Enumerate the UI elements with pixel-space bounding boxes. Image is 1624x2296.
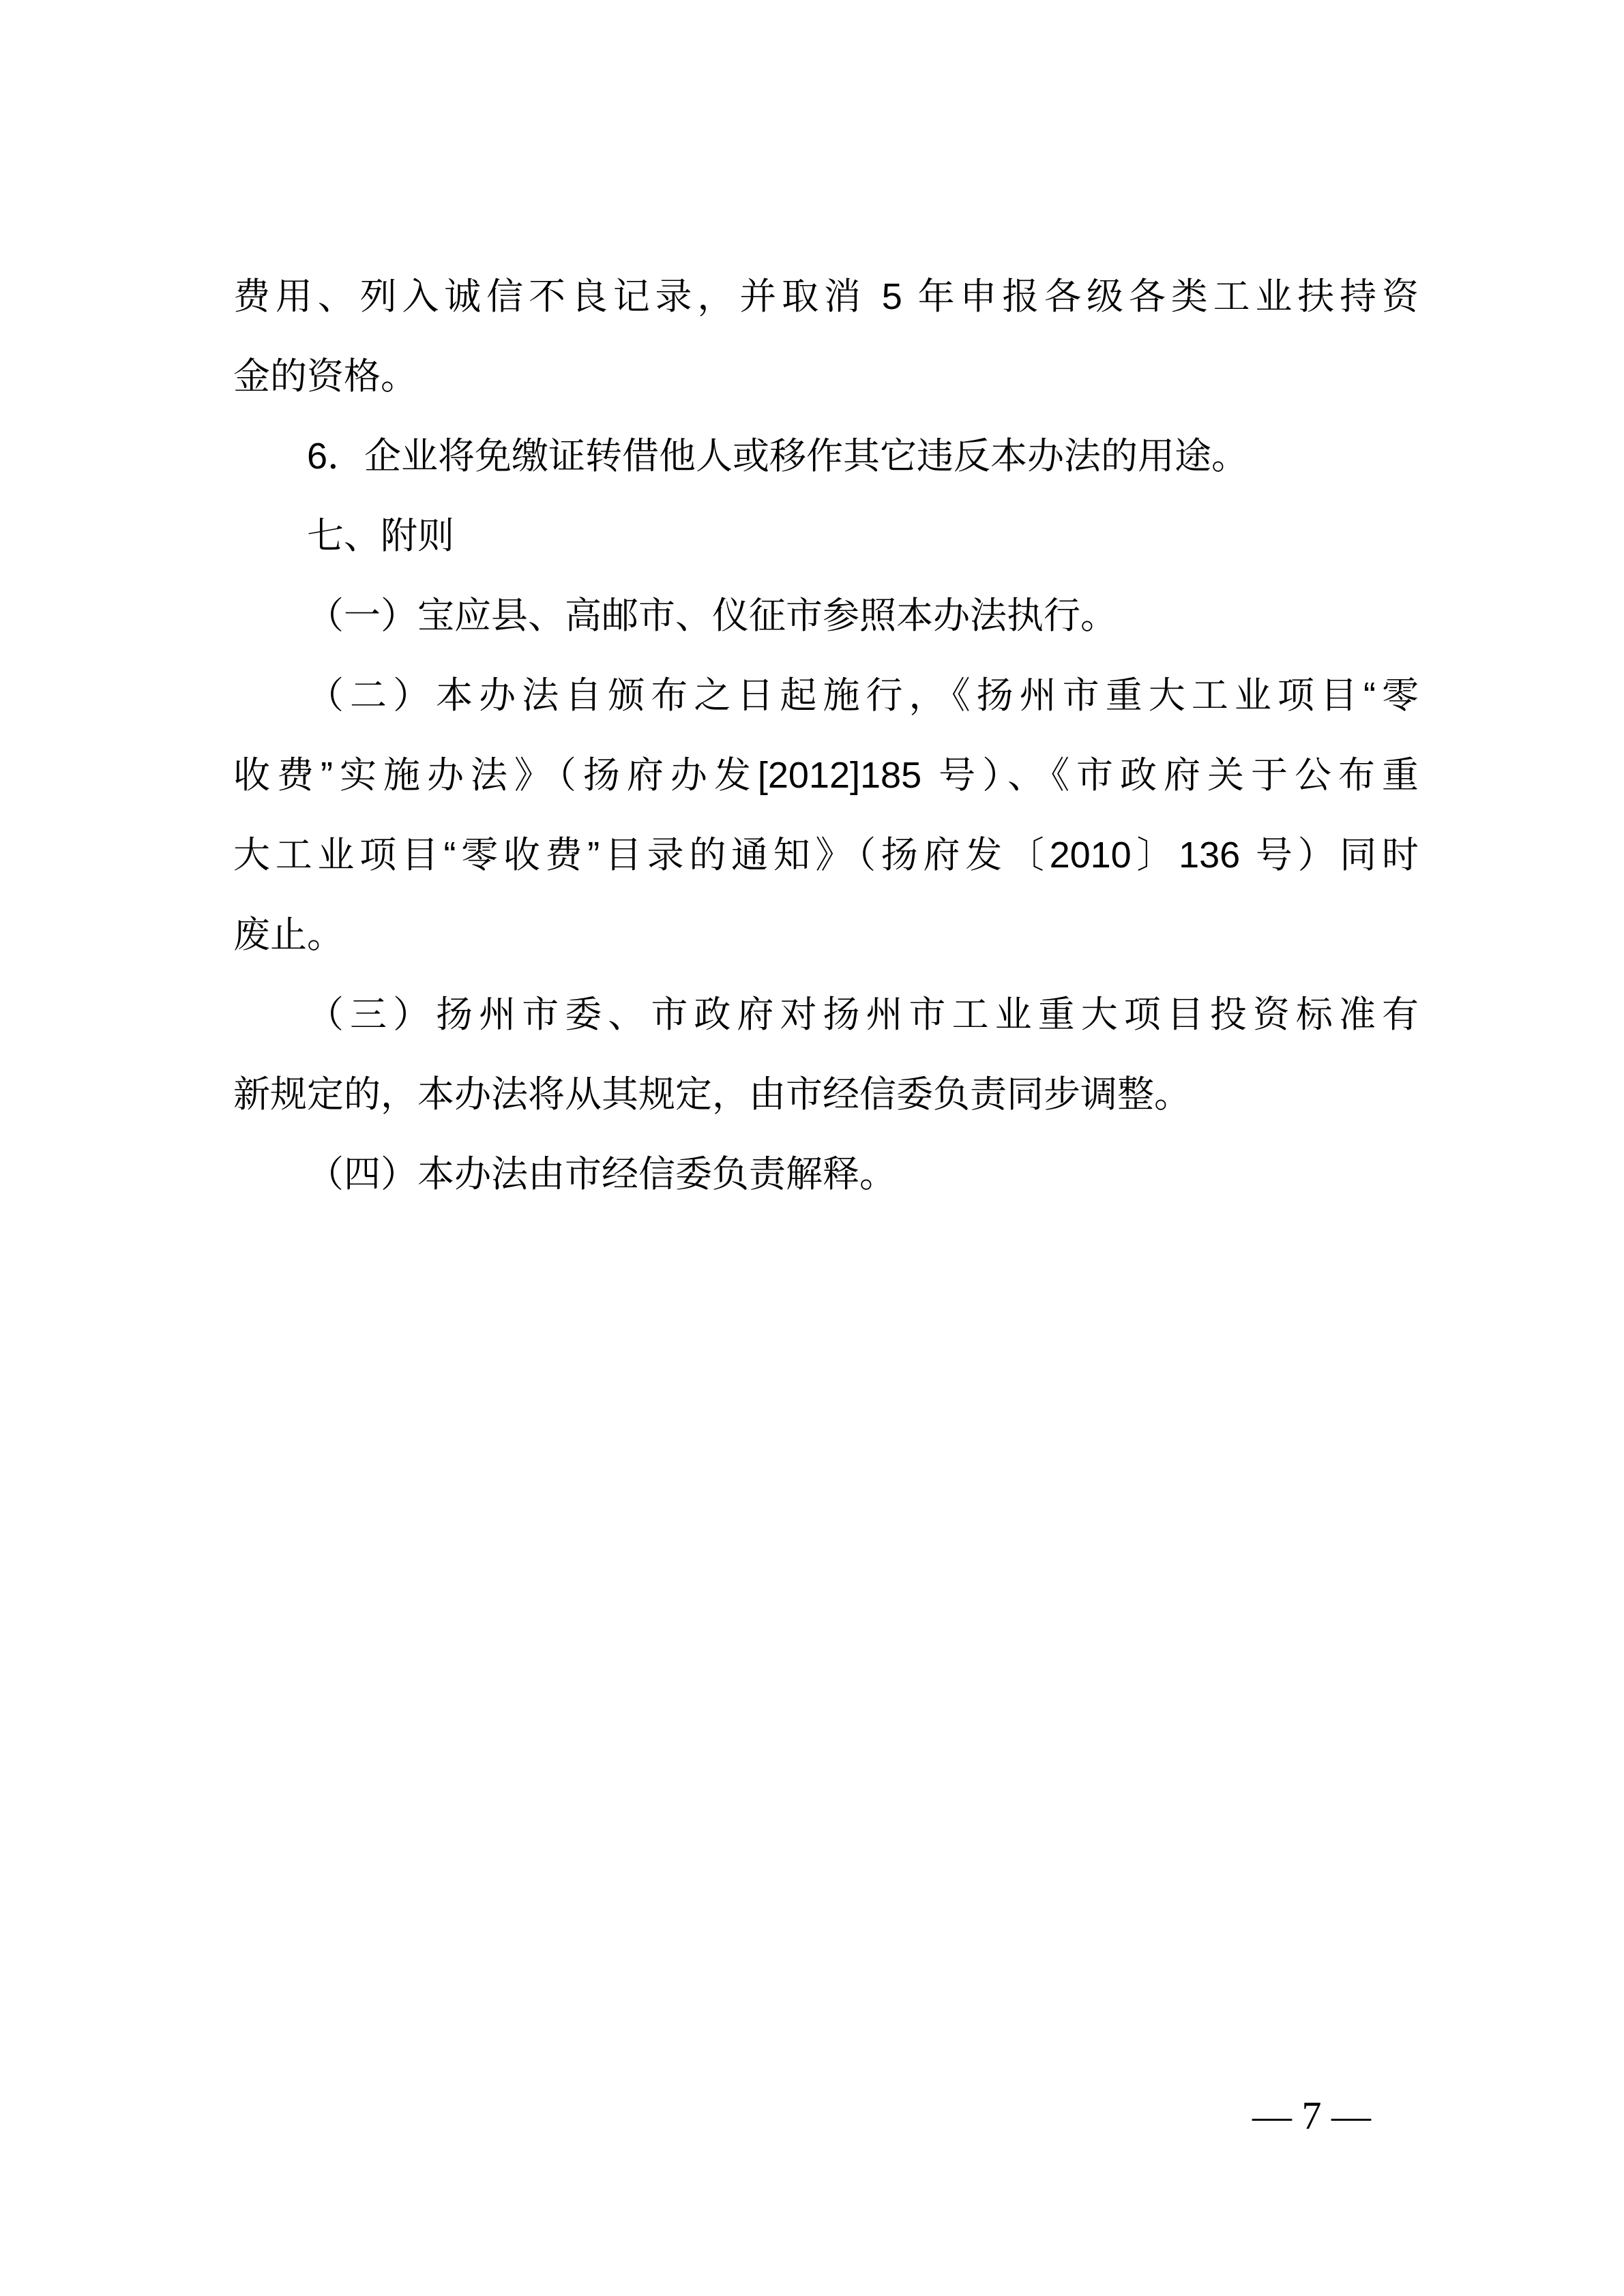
- page-number: — 7 —: [1252, 2095, 1371, 2137]
- text-line: 金的资格。: [233, 337, 1419, 417]
- text-line-numbered-item: 6．企业将免缴证转借他人或移作其它违反本办法的用途。: [233, 417, 1419, 496]
- text-line: 新规定的，本办法将从其规定，由市经信委负责同步调整。: [233, 1055, 1419, 1135]
- document-page: 费用、列入诚信不良记录，并取消 5 年申报各级各类工业扶持资 金的资格。 6．企…: [0, 0, 1624, 2296]
- document-body: 费用、列入诚信不良记录，并取消 5 年申报各级各类工业扶持资 金的资格。 6．企…: [233, 257, 1419, 1214]
- text-line: 收费”实施办法》（扬府办发[2012]185 号）、《市政府关于公布重: [233, 736, 1419, 816]
- text-line-list-item: （二）本办法自颁布之日起施行，《扬州市重大工业项目“零: [233, 656, 1419, 736]
- text-line: 大工业项目“零收费”目录的通知》（扬府发〔2010〕136 号）同时: [233, 816, 1419, 895]
- text-line-section-heading: 七、附则: [233, 496, 1419, 576]
- text-line: 废止。: [233, 895, 1419, 975]
- text-line-list-item: （三）扬州市委、市政府对扬州市工业重大项目投资标准有: [233, 975, 1419, 1055]
- text-line-list-item: （四）本办法由市经信委负责解释。: [233, 1135, 1419, 1214]
- text-line: 费用、列入诚信不良记录，并取消 5 年申报各级各类工业扶持资: [233, 257, 1419, 337]
- text-line-list-item: （一）宝应县、高邮市、仪征市参照本办法执行。: [233, 576, 1419, 656]
